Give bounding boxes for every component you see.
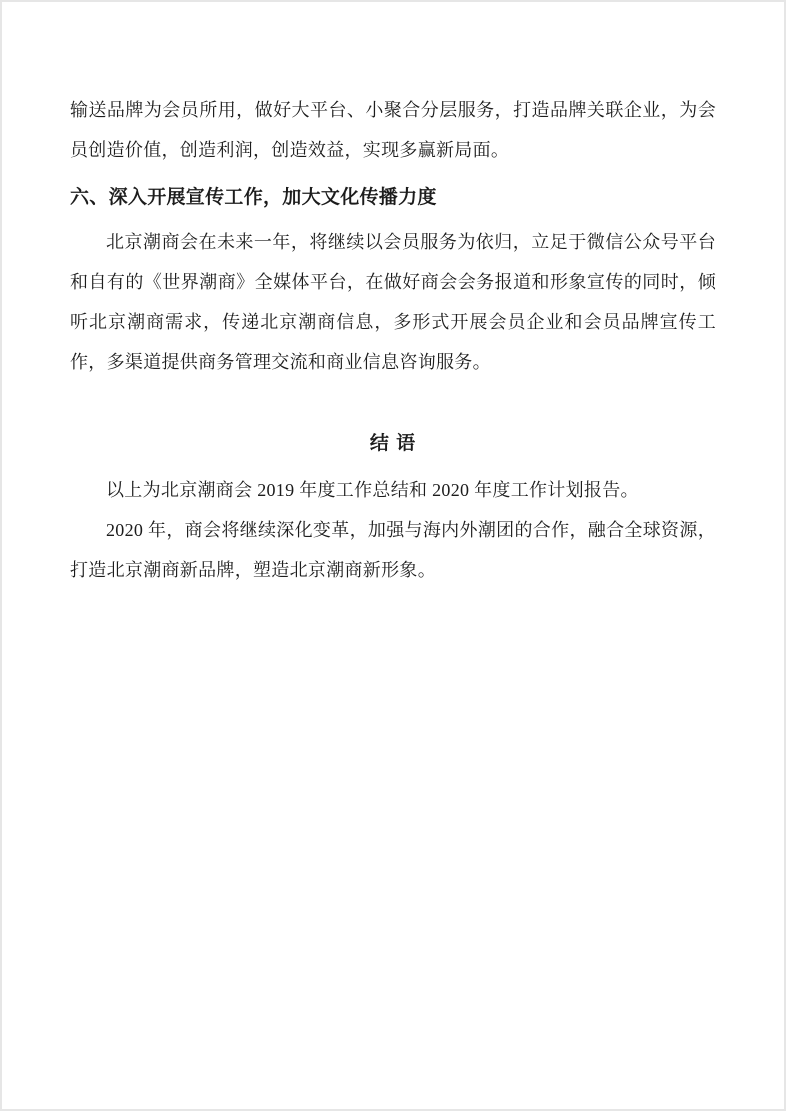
paragraph-brand-service-continuation: 输送品牌为会员所用，做好大平台、小聚合分层服务，打造品牌关联企业，为会员创造价值… (70, 90, 716, 170)
document-page: 输送品牌为会员所用，做好大平台、小聚合分层服务，打造品牌关联企业，为会员创造价值… (0, 0, 786, 1111)
paragraph-2020-outlook: 2020 年，商会将继续深化变革，加强与海内外潮团的合作，融合全球资源，打造北京… (70, 510, 716, 590)
section-heading-six: 六、深入开展宣传工作，加大文化传播力度 (70, 178, 716, 218)
conclusion-heading: 结 语 (70, 424, 716, 464)
paragraph-report-summary: 以上为北京潮商会 2019 年度工作总结和 2020 年度工作计划报告。 (70, 470, 716, 510)
paragraph-publicity-plan: 北京潮商会在未来一年，将继续以会员服务为依归，立足于微信公众号平台和自有的《世界… (70, 222, 716, 382)
